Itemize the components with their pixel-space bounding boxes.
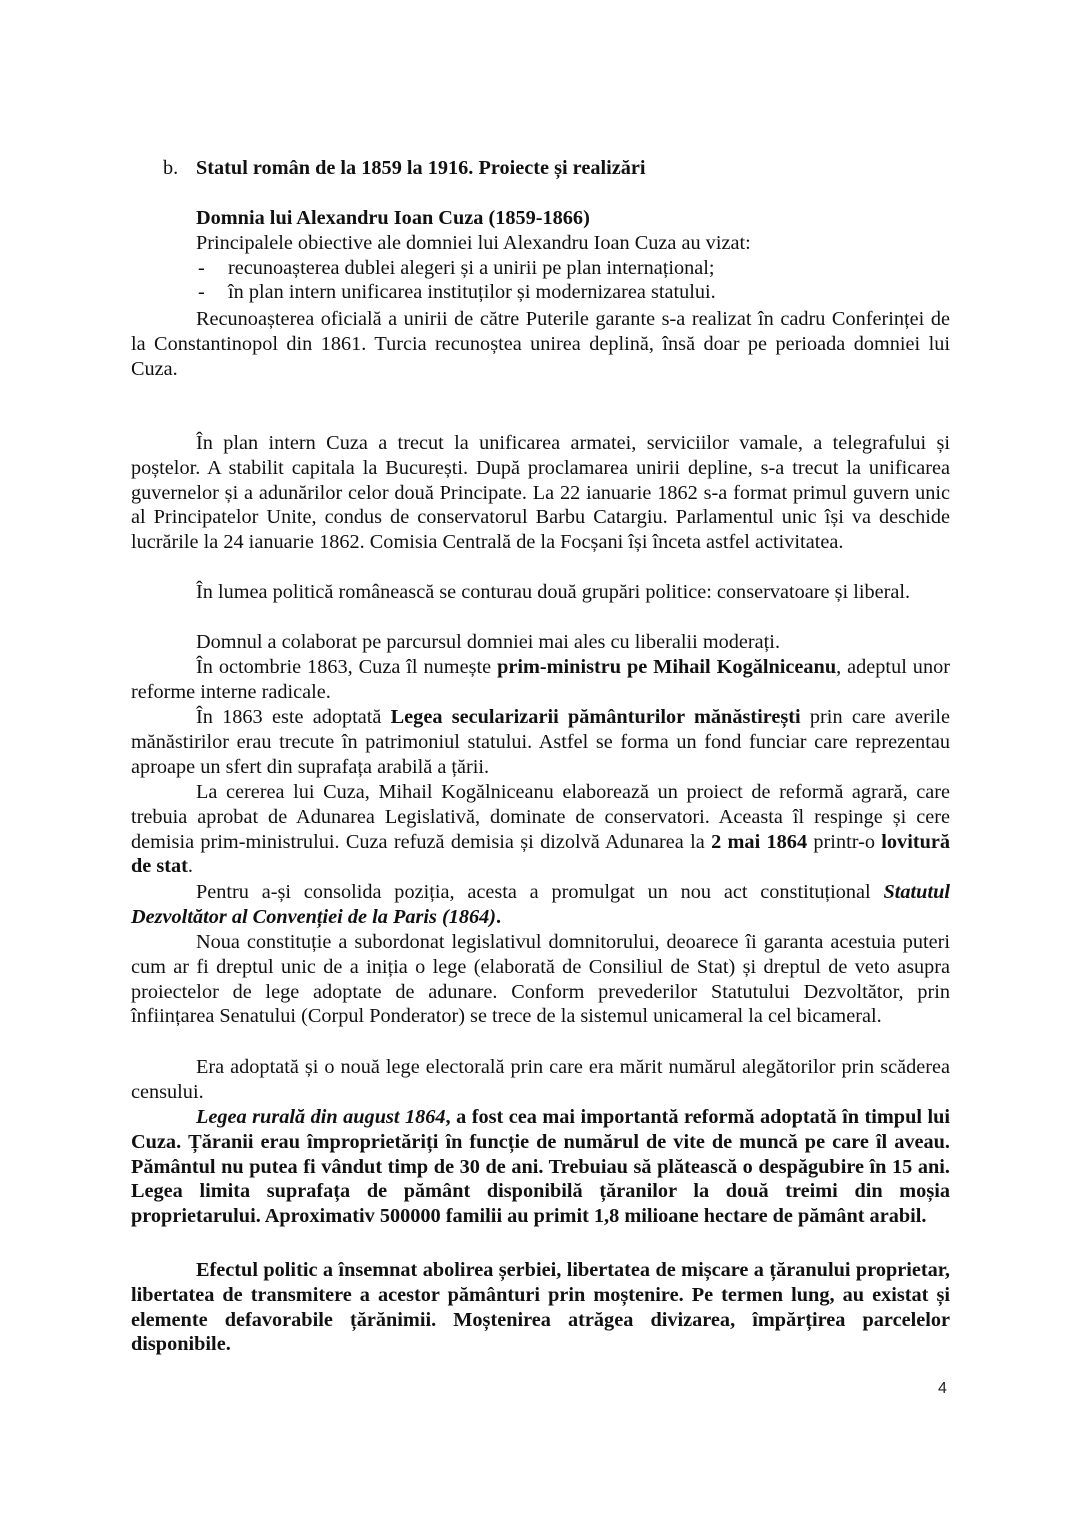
paragraph-political-effect: Efectul politic a însemnat abolirea șerb…: [131, 1258, 950, 1357]
text-run: În octombrie 1863, Cuza îl numește: [196, 656, 497, 678]
section-marker: b.: [163, 156, 196, 181]
text-run: În 1863 este adoptată: [196, 706, 391, 728]
text-run: printr-o: [807, 831, 881, 853]
paragraph-electoral-law: Era adoptată și o nouă lege electorală p…: [131, 1055, 950, 1105]
bold-run: .: [496, 906, 501, 928]
dash-bullet-icon: -: [198, 256, 205, 281]
bullet-text: în plan intern unificarea instituților ș…: [228, 281, 716, 303]
paragraph-recognition: Recunoașterea oficială a unirii de către…: [131, 307, 950, 381]
paragraph-text: Pentru a-și consolida poziția, acesta a …: [131, 880, 950, 930]
section-heading: b.Statul român de la 1859 la 1916. Proie…: [163, 156, 646, 181]
paragraph-rural-law: Legea rurală din august 1864, a fost cea…: [131, 1105, 950, 1229]
text-run: .: [188, 855, 193, 877]
paragraph-kogalniceanu: În octombrie 1863, Cuza îl numește prim-…: [131, 655, 950, 705]
bullet-item: - recunoașterea dublei alegeri și a unir…: [196, 256, 950, 281]
bold-run: prim-ministru pe Mihail Kogălniceanu: [497, 656, 836, 678]
subsection-title: Domnia lui Alexandru Ioan Cuza (1859-186…: [196, 206, 950, 231]
bold-run: 2 mai 1864: [711, 831, 807, 853]
paragraph-constitution: Noua constituție a subordonat legislativ…: [131, 930, 950, 1029]
dash-bullet-icon: -: [198, 280, 205, 305]
bullet-item: - în plan intern unificarea instituților…: [196, 280, 950, 305]
bullet-text: recunoașterea dublei alegeri și a unirii…: [228, 257, 715, 279]
subsection-block: Domnia lui Alexandru Ioan Cuza (1859-186…: [196, 206, 950, 305]
paragraph-agrarian-reform-project: La cererea lui Cuza, Mihail Kogălniceanu…: [131, 780, 950, 879]
subsection-intro: Principalele obiective ale domniei lui A…: [196, 231, 950, 256]
paragraph-text: Recunoașterea oficială a unirii de către…: [131, 307, 950, 381]
paragraph-political-groups: În lumea politică românească se conturau…: [131, 580, 950, 605]
bold-run: Legea secularizarii pământurilor mănăsti…: [391, 706, 801, 728]
paragraph-secularization: În 1863 este adoptată Legea secularizari…: [131, 705, 950, 779]
page-number: 4: [938, 1380, 947, 1398]
paragraph-text: La cererea lui Cuza, Mihail Kogălniceanu…: [131, 780, 950, 879]
paragraph-text: Legea rurală din august 1864, a fost cea…: [131, 1105, 950, 1229]
bold-italic-run: Legea rurală din august 1864: [196, 1106, 446, 1128]
section-title: Statul român de la 1859 la 1916. Proiect…: [196, 157, 646, 179]
paragraph-text: În octombrie 1863, Cuza îl numește prim-…: [131, 655, 950, 705]
paragraph-text: Domnul a colaborat pe parcursul domniei …: [131, 630, 950, 655]
paragraph-text: În lumea politică românească se conturau…: [131, 580, 950, 605]
paragraph-text: În plan intern Cuza a trecut la unificar…: [131, 431, 950, 555]
paragraph-text: În 1863 este adoptată Legea secularizari…: [131, 705, 950, 779]
paragraph-text: Noua constituție a subordonat legislativ…: [131, 930, 950, 1029]
text-run: Pentru a-și consolida poziția, acesta a …: [196, 881, 883, 903]
paragraph-internal-unification: În plan intern Cuza a trecut la unificar…: [131, 431, 950, 555]
paragraph-statute: Pentru a-și consolida poziția, acesta a …: [131, 880, 950, 930]
paragraph-text: Efectul politic a însemnat abolirea șerb…: [131, 1258, 950, 1357]
paragraph-text: Era adoptată și o nouă lege electorală p…: [131, 1055, 950, 1105]
paragraph-collaboration: Domnul a colaborat pe parcursul domniei …: [131, 630, 950, 655]
